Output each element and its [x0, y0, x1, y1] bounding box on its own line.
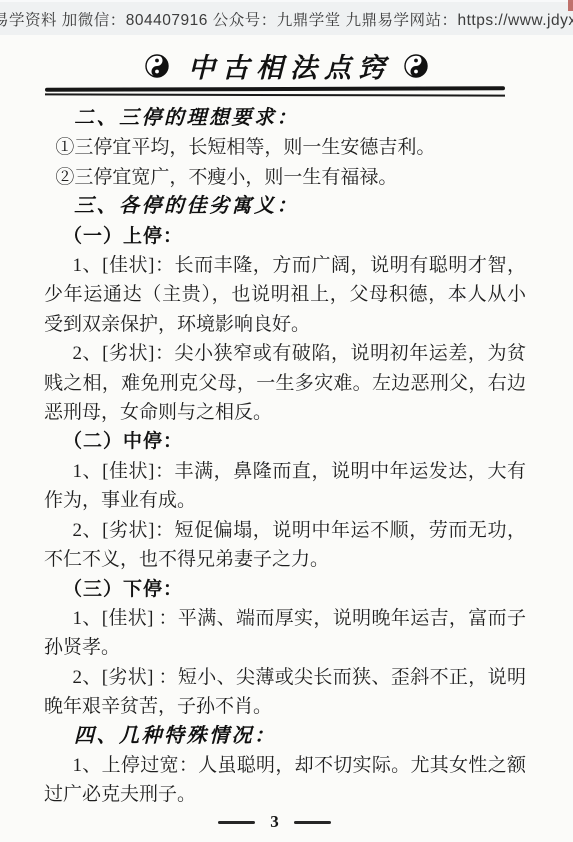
page-body: 二、三停的理想要求：①三停宜平均，长短相等，则一生安德吉利。②三停宜宽广，不瘦小… [44, 104, 526, 810]
yin-yang-icon [404, 54, 428, 78]
paragraph-subheading: （二）中停： [44, 427, 526, 456]
paragraph-heading: 三、各停的佳劣寓义： [44, 192, 526, 221]
paragraph-heading: 四、几种特殊情况： [44, 722, 526, 751]
page-footer: 3 [0, 812, 561, 832]
footer-dash [218, 821, 255, 824]
paragraph-body: 1、[佳状] ：平满、端而厚实，说明晚年运吉，富而子孙贤孝。 [44, 604, 526, 663]
book-title-row: 中古相法点窍 [0, 46, 573, 85]
paragraph-item: ②三停宜宽广，不瘦小，则一生有福禄。 [44, 163, 526, 192]
divider-thin-line [45, 93, 505, 96]
paragraph-body: 1、上停过宽：人虽聪明，却不切实际。尤其女性之额过广必克夫刑子。 [44, 751, 526, 810]
paragraph-subheading: （一）上停： [44, 222, 526, 251]
divider-thick-line [45, 86, 505, 92]
paragraph-body: 1、[佳状]：丰满，鼻隆而直，说明中年运发达，大有作为，事业有成。 [44, 457, 526, 516]
watermark-text: 易学资料 加微信：804407916 公众号：九鼎学堂 九鼎易学网站：https… [0, 8, 573, 30]
paragraph-heading: 二、三停的理想要求： [44, 104, 526, 133]
page-number: 3 [270, 812, 279, 832]
watermark-header: 易学资料 加微信：804407916 公众号：九鼎学堂 九鼎易学网站：https… [0, 0, 573, 35]
book-title: 中古相法点窍 [188, 46, 392, 85]
scan-artifact-mark [568, 0, 573, 11]
scanned-page: 易学资料 加微信：804407916 公众号：九鼎学堂 九鼎易学网站：https… [0, 0, 573, 842]
footer-dash [294, 821, 331, 824]
paragraph-item: ①三停宜平均，长短相等，则一生安德吉利。 [44, 133, 526, 162]
paragraph-body: 2、[劣状]：尖小狭窄或有破陷，说明初年运差，为贫贱之相，难免刑克父母，一生多灾… [44, 339, 526, 427]
paragraph-body: 1、[佳状]：长而丰隆，方而广阔，说明有聪明才智，少年运通达（主贵），也说明祖上… [44, 251, 526, 339]
yin-yang-icon [145, 54, 169, 78]
paragraph-body: 2、[劣状]：短促偏塌，说明中年运不顺，劳而无功，不仁不义，也不得兄弟妻子之力。 [44, 516, 526, 575]
paragraph-subheading: （三）下停： [44, 575, 526, 604]
title-divider [45, 87, 505, 96]
paragraph-body: 2、[劣状] ：短小、尖薄或尖长而狭、歪斜不正，说明晚年艰辛贫苦，子孙不肖。 [44, 663, 526, 722]
